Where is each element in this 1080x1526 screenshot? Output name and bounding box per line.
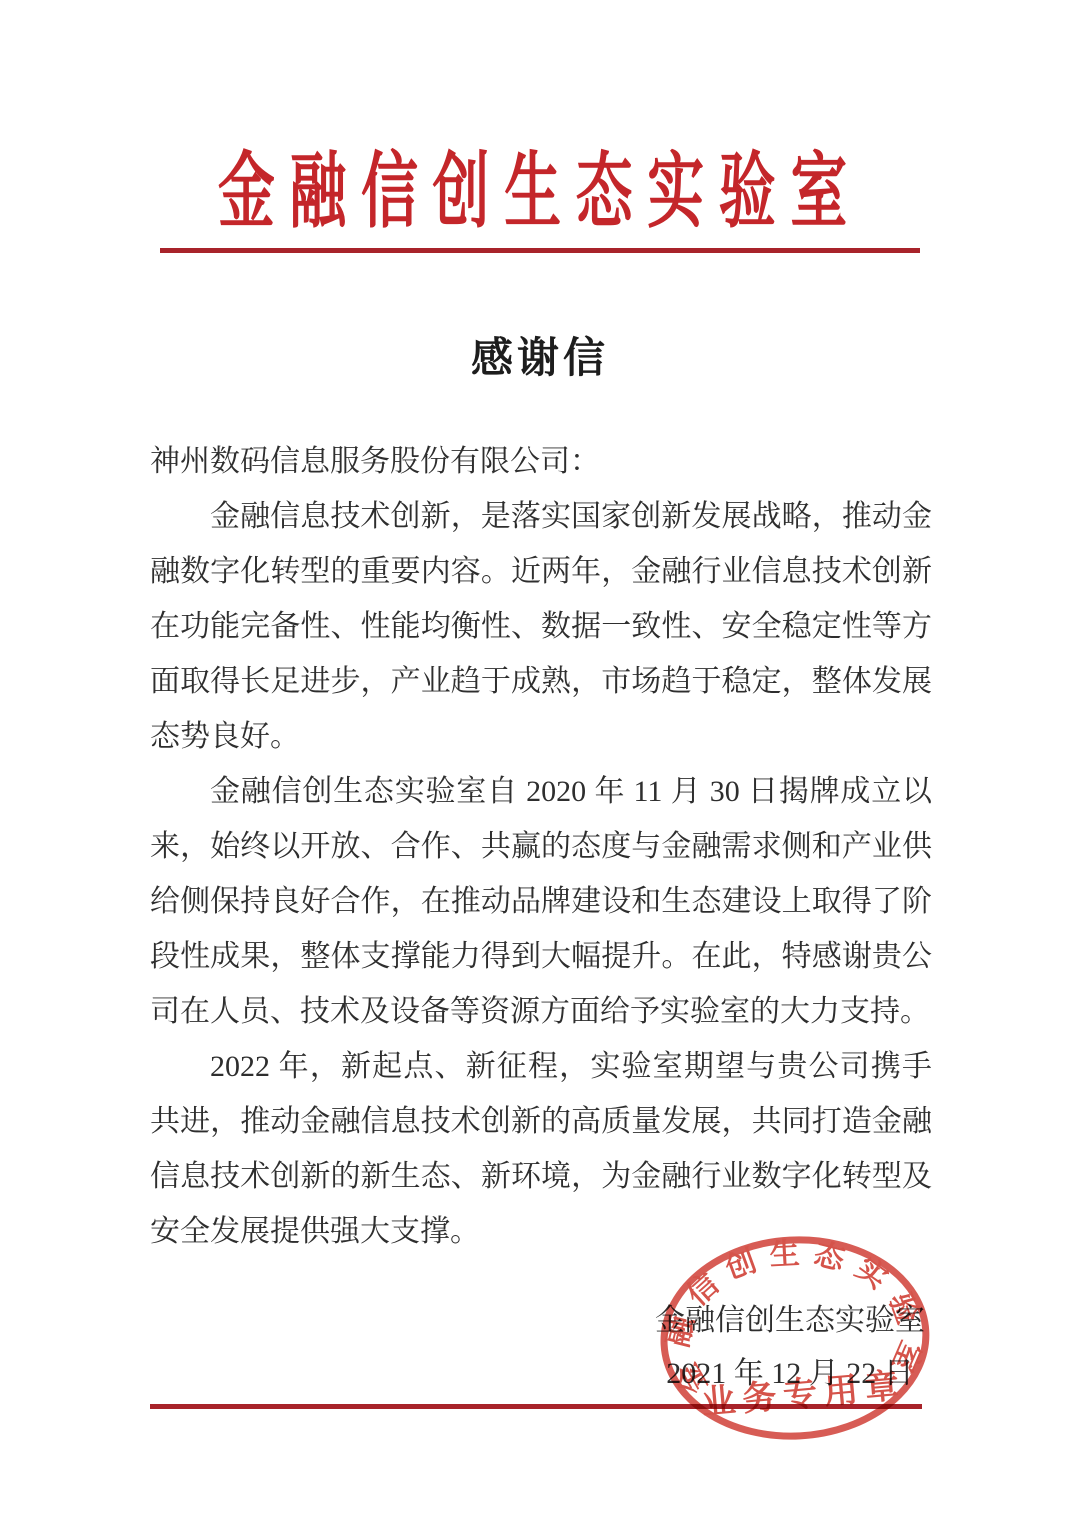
paragraph: 2022 年，新起点、新征程，实验室期望与贵公司携手共进，推动金融信息技术创新的… [150,1039,932,1259]
letterhead-title: 金融信创生态实验室 [11,150,1069,235]
salutation: 神州数码信息服务股份有限公司： [150,434,932,489]
paragraph: 金融信息技术创新，是落实国家创新发展战略，推动金融数字化转型的重要内容。近两年，… [150,489,932,764]
letterhead-rule [160,248,920,253]
signature-date: 2021 年 12 月 22 日 [655,1347,925,1400]
signature-block: 金融信创生态实验室 2021 年 12 月 22 日 [655,1294,925,1400]
signature-name: 金融信创生态实验室 [655,1294,925,1347]
letter-title: 感谢信 [0,334,1080,384]
letter-page: 金融信创生态实验室 感谢信 神州数码信息服务股份有限公司： 金融信息技术创新，是… [0,0,1080,1526]
paragraph: 金融信创生态实验室自 2020 年 11 月 30 日揭牌成立以来，始终以开放、… [150,764,932,1039]
letter-body: 神州数码信息服务股份有限公司： 金融信息技术创新，是落实国家创新发展战略，推动金… [150,434,932,1259]
footer-rule [150,1404,922,1409]
